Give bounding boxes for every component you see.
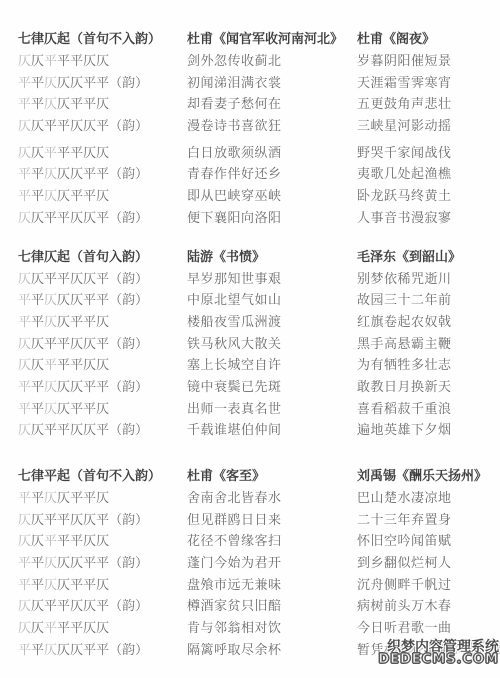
tone-char: 平 xyxy=(57,621,70,636)
tone-char: 仄 xyxy=(70,423,83,438)
tone-char: 仄 xyxy=(96,402,109,417)
tone-char: 平 xyxy=(57,119,70,134)
tone-char: 仄 xyxy=(57,189,70,204)
poem-title: 杜甫《客至》 xyxy=(187,465,357,488)
poem-line: 即从巴峡穿巫峡 xyxy=(187,186,357,208)
tone-char-flexible: 平 xyxy=(18,402,31,417)
poem-line: 病树前头万木春 xyxy=(357,596,500,618)
poem-line: 塞上长城空自许 xyxy=(187,355,357,377)
tone-char: 仄 xyxy=(83,621,96,636)
poem-line: 白日放歌须纵酒 xyxy=(187,143,357,165)
tone-char-flexible: 仄 xyxy=(18,211,31,226)
tone-char: 平 xyxy=(57,423,70,438)
tone-char: 仄 xyxy=(70,272,83,287)
tone-char: 仄 xyxy=(96,358,109,373)
tone-char-flexible: 仄 xyxy=(18,599,31,614)
tone-char: 仄 xyxy=(31,146,44,161)
poem-line: 青春作伴好还乡 xyxy=(187,164,357,186)
tone-char-flexible: 仄 xyxy=(18,272,31,287)
tone-char: 仄 xyxy=(57,556,70,571)
meter-line: 平平仄仄平平仄 xyxy=(18,399,187,421)
poem-line: 三峡星河影动摇 xyxy=(357,116,500,138)
tone-char: 仄 xyxy=(83,513,96,528)
tone-char: 平 xyxy=(57,358,70,373)
tone-char: 平 xyxy=(31,293,44,308)
tone-char-flexible: 平 xyxy=(44,54,57,69)
tone-char-flexible: 仄 xyxy=(18,119,31,134)
tone-char: 平 xyxy=(83,76,96,91)
tone-char: 仄 xyxy=(96,621,109,636)
tone-char: 仄 xyxy=(70,599,83,614)
poem-line: 岁暮阴阳催短景 xyxy=(357,51,500,73)
poem-line: 怀旧空吟闻笛赋 xyxy=(357,531,500,553)
tone-char: 平 xyxy=(57,211,70,226)
tone-char-flexible: 平 xyxy=(18,643,31,658)
tone-char: 平 xyxy=(57,534,70,549)
tone-char: 仄 xyxy=(57,402,70,417)
tone-char: 仄 xyxy=(57,578,70,593)
meter-line: 仄仄平平仄仄平（韵） xyxy=(18,269,187,291)
tone-char: 仄 xyxy=(70,119,83,134)
tone-char: 仄 xyxy=(96,534,109,549)
tone-char: 平 xyxy=(96,423,109,438)
tone-char: 仄 xyxy=(96,54,109,69)
poem-line: 红旗卷起农奴戟 xyxy=(357,312,500,334)
tone-char-flexible: 平 xyxy=(44,621,57,636)
meter-section-title: 七律平起（首句不入韵） xyxy=(18,465,187,488)
tone-char: 仄 xyxy=(70,337,83,352)
tone-char: 仄 xyxy=(31,358,44,373)
meter-line: 仄仄平平平仄仄 xyxy=(18,143,187,165)
tone-char: 仄 xyxy=(57,97,70,112)
tone-char: 平 xyxy=(83,97,96,112)
tone-char: 仄 xyxy=(83,423,96,438)
meter-section: 七律仄起（首句入韵）仄仄平平仄仄平（韵）平平仄仄仄平平（韵）平平仄仄平平仄仄仄平… xyxy=(0,246,500,443)
meter-line: 平平仄仄仄平平（韵） xyxy=(18,640,187,662)
rhyme-marker: （韵） xyxy=(109,119,148,134)
rhyme-marker: （韵） xyxy=(109,337,148,352)
tone-char: 平 xyxy=(96,556,109,571)
poem-line: 敢教日月换新天 xyxy=(357,377,500,399)
poem-line: 初闻涕泪满衣裳 xyxy=(187,73,357,95)
tone-char-flexible: 仄 xyxy=(18,513,31,528)
poem-line: 黑手高悬霸主鞭 xyxy=(357,334,500,356)
tone-char: 仄 xyxy=(83,272,96,287)
tone-char: 平 xyxy=(57,599,70,614)
rhyme-marker: （韵） xyxy=(109,293,148,308)
poem-title: 杜甫《阁夜》 xyxy=(357,28,500,51)
tone-char-flexible: 仄 xyxy=(18,54,31,69)
poem-column: 毛泽东《到韶山》别梦依稀咒逝川故园三十二年前红旗卷起农奴戟黑手高悬霸主鞭为有牺牲… xyxy=(357,246,500,443)
tone-char: 仄 xyxy=(70,76,83,91)
tone-char: 平 xyxy=(57,272,70,287)
poem-line: 便下襄阳向洛阳 xyxy=(187,208,357,230)
poem-line: 千载谁堪伯仲间 xyxy=(187,420,357,442)
tone-char: 仄 xyxy=(57,315,70,330)
tone-char: 平 xyxy=(83,293,96,308)
poem-line: 巴山楚水凄凉地 xyxy=(357,488,500,510)
meter-line: 平平仄仄平平仄 xyxy=(18,575,187,597)
tone-char: 仄 xyxy=(96,189,109,204)
poem-column: 陆游《书愤》早岁那知世事艰中原北望气如山楼船夜雪瓜洲渡铁马秋风大散关塞上长城空自… xyxy=(187,246,357,443)
tone-char: 平 xyxy=(57,54,70,69)
tone-char: 仄 xyxy=(83,358,96,373)
tone-char-flexible: 仄 xyxy=(44,167,57,182)
tone-char: 平 xyxy=(96,211,109,226)
meter-column: 七律仄起（首句不入韵）仄仄平平平仄仄平平仄仄仄平平（韵）平平仄仄平平仄仄仄平平仄… xyxy=(0,28,187,230)
poem-line: 野哭千家闻战伐 xyxy=(357,143,500,165)
tone-char-flexible: 仄 xyxy=(44,556,57,571)
poem-line: 五更鼓角声悲壮 xyxy=(357,94,500,116)
tone-char-flexible: 平 xyxy=(18,491,31,506)
tone-char: 平 xyxy=(44,119,57,134)
poem-title: 刘禹锡《酬乐天扬州》 xyxy=(357,465,500,488)
tone-char: 仄 xyxy=(31,534,44,549)
tone-char-flexible: 平 xyxy=(18,167,31,182)
meter-column: 七律仄起（首句入韵）仄仄平平仄仄平（韵）平平仄仄仄平平（韵）平平仄仄平平仄仄仄平… xyxy=(0,246,187,443)
poem-line: 铁马秋风大散关 xyxy=(187,334,357,356)
poem-line: 剑外忽传收蓟北 xyxy=(187,51,357,73)
rhyme-marker: （韵） xyxy=(109,167,148,182)
tone-char: 平 xyxy=(96,380,109,395)
tone-char: 平 xyxy=(70,54,83,69)
tone-char: 仄 xyxy=(31,119,44,134)
poem-line: 漫卷诗书喜欲狂 xyxy=(187,116,357,138)
tone-char: 仄 xyxy=(31,423,44,438)
meter-table: 七律仄起（首句不入韵）仄仄平平平仄仄平平仄仄仄平平（韵）平平仄仄平平仄仄仄平平仄… xyxy=(0,28,500,662)
tone-char: 平 xyxy=(96,76,109,91)
tone-char-flexible: 平 xyxy=(18,380,31,395)
watermark-en-text: DEDECMS.COM xyxy=(378,653,499,666)
tone-char: 仄 xyxy=(83,534,96,549)
tone-char: 仄 xyxy=(83,119,96,134)
tone-char: 仄 xyxy=(70,293,83,308)
tone-char: 平 xyxy=(31,643,44,658)
tone-char: 仄 xyxy=(83,146,96,161)
tone-char: 仄 xyxy=(57,491,70,506)
tone-char-flexible: 平 xyxy=(18,556,31,571)
tone-char: 平 xyxy=(70,578,83,593)
meter-line: 平平仄仄仄平平（韵） xyxy=(18,377,187,399)
poem-line: 中原北望气如山 xyxy=(187,290,357,312)
poem-line: 却看妻子愁何在 xyxy=(187,94,357,116)
poem-line: 为有牺牲多壮志 xyxy=(357,355,500,377)
meter-line: 平平仄仄平平仄 xyxy=(18,312,187,334)
rhyme-marker: （韵） xyxy=(109,380,148,395)
tone-char: 仄 xyxy=(70,167,83,182)
rhyme-marker: （韵） xyxy=(109,556,148,571)
poem-line: 肯与邻翁相对饮 xyxy=(187,618,357,640)
tone-char: 平 xyxy=(70,189,83,204)
tone-char: 仄 xyxy=(70,643,83,658)
tone-char: 平 xyxy=(31,491,44,506)
tone-char: 平 xyxy=(96,643,109,658)
meter-line: 仄仄平平平仄仄 xyxy=(18,355,187,377)
meter-line: 仄仄平平仄仄平（韵） xyxy=(18,208,187,230)
tone-char: 平 xyxy=(31,380,44,395)
tone-char: 平 xyxy=(31,167,44,182)
tone-char: 平 xyxy=(70,146,83,161)
rhyme-marker: （韵） xyxy=(109,423,148,438)
tone-char: 仄 xyxy=(96,146,109,161)
tone-char-flexible: 仄 xyxy=(18,423,31,438)
tone-char: 仄 xyxy=(70,211,83,226)
tone-char: 仄 xyxy=(31,54,44,69)
poem-line: 盘飧市远无兼味 xyxy=(187,575,357,597)
tone-char: 仄 xyxy=(31,337,44,352)
tone-char: 平 xyxy=(70,621,83,636)
meter-line: 仄仄平平仄仄平（韵） xyxy=(18,334,187,356)
tone-char: 平 xyxy=(70,491,83,506)
tone-char-flexible: 平 xyxy=(18,76,31,91)
tone-char-flexible: 仄 xyxy=(44,293,57,308)
tone-char: 平 xyxy=(83,402,96,417)
poem-title: 杜甫《闻官军收河南河北》 xyxy=(187,28,357,51)
poem-column: 杜甫《阁夜》岁暮阴阳催短景天涯霜雪霁寒宵五更鼓角声悲壮三峡星河影动摇野哭千家闻战… xyxy=(357,28,500,230)
tone-char-flexible: 仄 xyxy=(44,380,57,395)
poem-line: 天涯霜雪霁寒宵 xyxy=(357,73,500,95)
tone-char: 平 xyxy=(57,513,70,528)
tone-char: 仄 xyxy=(31,272,44,287)
tone-char: 平 xyxy=(96,272,109,287)
tone-char: 平 xyxy=(96,513,109,528)
tone-char: 平 xyxy=(57,146,70,161)
poem-title: 陆游《书愤》 xyxy=(187,246,357,269)
tone-char: 平 xyxy=(44,513,57,528)
tone-char-flexible: 仄 xyxy=(44,578,57,593)
meter-line: 仄仄平平仄仄平（韵） xyxy=(18,420,187,442)
meter-line: 平平仄仄平平仄 xyxy=(18,488,187,510)
meter-line: 平平仄仄平平仄 xyxy=(18,186,187,208)
rhyme-marker: （韵） xyxy=(109,513,148,528)
tone-char-flexible: 平 xyxy=(18,189,31,204)
tone-char: 平 xyxy=(44,423,57,438)
tone-char: 平 xyxy=(83,167,96,182)
tone-char-flexible: 平 xyxy=(18,97,31,112)
tone-char: 仄 xyxy=(31,211,44,226)
rhyme-marker: （韵） xyxy=(109,643,148,658)
tone-char: 平 xyxy=(83,556,96,571)
rhyme-marker: （韵） xyxy=(109,272,148,287)
poem-line: 隔篱呼取尽余杯 xyxy=(187,640,357,662)
tone-char: 平 xyxy=(83,380,96,395)
tone-char-flexible: 仄 xyxy=(44,491,57,506)
meter-line: 平平仄仄仄平平（韵） xyxy=(18,290,187,312)
tone-char: 平 xyxy=(44,599,57,614)
tone-char: 仄 xyxy=(57,167,70,182)
tone-char: 平 xyxy=(31,76,44,91)
tone-char: 平 xyxy=(70,534,83,549)
tone-char: 仄 xyxy=(70,556,83,571)
tone-char-flexible: 仄 xyxy=(44,189,57,204)
poem-line: 沉舟侧畔千帆过 xyxy=(357,575,500,597)
tone-char-flexible: 仄 xyxy=(44,76,57,91)
poem-line: 花径不曾缘客扫 xyxy=(187,531,357,553)
poem-line: 卧龙跃马终黄土 xyxy=(357,186,500,208)
tone-char: 平 xyxy=(44,272,57,287)
tone-char-flexible: 平 xyxy=(44,146,57,161)
tone-char: 平 xyxy=(70,315,83,330)
meter-line: 仄仄平平平仄仄 xyxy=(18,618,187,640)
tone-char: 平 xyxy=(70,358,83,373)
tone-char: 平 xyxy=(44,211,57,226)
tone-char: 仄 xyxy=(83,211,96,226)
tone-char: 仄 xyxy=(96,578,109,593)
rhyme-marker: （韵） xyxy=(109,76,148,91)
tone-char: 仄 xyxy=(31,599,44,614)
tone-char-flexible: 平 xyxy=(44,534,57,549)
poem-line: 早岁那知世事艰 xyxy=(187,269,357,291)
poem-line: 故园三十二年前 xyxy=(357,290,500,312)
tone-char: 平 xyxy=(57,337,70,352)
tone-char-flexible: 平 xyxy=(44,358,57,373)
meter-line: 仄仄平平仄仄平（韵） xyxy=(18,116,187,138)
tone-char: 平 xyxy=(31,189,44,204)
poem-line: 今日听君歌一曲 xyxy=(357,618,500,640)
tone-char: 仄 xyxy=(96,315,109,330)
tone-char: 仄 xyxy=(70,380,83,395)
tone-char-flexible: 仄 xyxy=(44,643,57,658)
meter-section-title: 七律仄起（首句不入韵） xyxy=(18,28,187,51)
tone-char-flexible: 仄 xyxy=(18,534,31,549)
meter-line: 平平仄仄仄平平（韵） xyxy=(18,164,187,186)
meter-line: 仄仄平平仄仄平（韵） xyxy=(18,510,187,532)
poem-line: 蓬门今始为君开 xyxy=(187,553,357,575)
tone-char: 仄 xyxy=(57,643,70,658)
tone-char: 平 xyxy=(96,337,109,352)
tone-char: 仄 xyxy=(57,293,70,308)
meter-line: 仄仄平平平仄仄 xyxy=(18,531,187,553)
tone-char: 平 xyxy=(70,402,83,417)
poem-column: 杜甫《闻官军收河南河北》剑外忽传收蓟北初闻涕泪满衣裳却看妻子愁何在漫卷诗书喜欲狂… xyxy=(187,28,357,230)
tone-char-flexible: 平 xyxy=(18,293,31,308)
tone-char-flexible: 仄 xyxy=(44,97,57,112)
meter-line: 平平仄仄平平仄 xyxy=(18,94,187,116)
poem-line: 樽酒家贫只旧醅 xyxy=(187,596,357,618)
poem-column: 刘禹锡《酬乐天扬州》巴山楚水凄凉地二十三年弃置身怀旧空吟闻笛赋到乡翻似烂柯人沉舟… xyxy=(357,465,500,662)
meter-section: 七律仄起（首句不入韵）仄仄平平平仄仄平平仄仄仄平平（韵）平平仄仄平平仄仄仄平平仄… xyxy=(0,28,500,230)
tone-char: 仄 xyxy=(96,491,109,506)
poem-line: 二十三年弃置身 xyxy=(357,510,500,532)
tone-char: 平 xyxy=(31,315,44,330)
meter-line: 仄仄平平平仄仄 xyxy=(18,51,187,73)
meter-section-title: 七律仄起（首句入韵） xyxy=(18,246,187,269)
tone-char: 平 xyxy=(31,97,44,112)
meter-line: 仄仄平平仄仄平（韵） xyxy=(18,596,187,618)
tone-char-flexible: 仄 xyxy=(44,315,57,330)
tone-char: 平 xyxy=(83,491,96,506)
tone-char: 平 xyxy=(83,578,96,593)
tone-char-flexible: 仄 xyxy=(18,337,31,352)
watermark: 织梦内容管理系统 DEDECMS.COM xyxy=(378,640,499,666)
poem-line: 遍地英雄下夕烟 xyxy=(357,420,500,442)
poem-line: 喜看稻菽千重浪 xyxy=(357,399,500,421)
tone-char: 仄 xyxy=(57,380,70,395)
tone-char: 仄 xyxy=(83,599,96,614)
tone-char-flexible: 仄 xyxy=(44,402,57,417)
tone-char: 仄 xyxy=(96,97,109,112)
poem-line: 人事音书漫寂寥 xyxy=(357,208,500,230)
tone-char: 平 xyxy=(96,293,109,308)
tone-char: 平 xyxy=(96,167,109,182)
poem-title: 毛泽东《到韶山》 xyxy=(357,246,500,269)
tone-char: 仄 xyxy=(83,337,96,352)
poem-line: 但见群鸥日日来 xyxy=(187,510,357,532)
tone-char-flexible: 平 xyxy=(18,315,31,330)
poem-line: 别梦依稀咒逝川 xyxy=(357,269,500,291)
tone-char: 平 xyxy=(96,119,109,134)
tone-char: 仄 xyxy=(83,54,96,69)
tone-char-flexible: 平 xyxy=(18,578,31,593)
meter-column: 七律平起（首句不入韵）平平仄仄平平仄仄仄平平仄仄平（韵）仄仄平平平仄仄平平仄仄仄… xyxy=(0,465,187,662)
poetry-meter-page: 七律仄起（首句不入韵）仄仄平平平仄仄平平仄仄仄平平（韵）平平仄仄平平仄仄仄平平仄… xyxy=(0,0,500,678)
tone-char: 平 xyxy=(96,599,109,614)
tone-char: 仄 xyxy=(31,513,44,528)
meter-line: 平平仄仄仄平平（韵） xyxy=(18,73,187,95)
tone-char: 平 xyxy=(31,402,44,417)
tone-char: 平 xyxy=(44,337,57,352)
tone-char: 仄 xyxy=(31,621,44,636)
poem-line: 夷歌几处起渔樵 xyxy=(357,164,500,186)
tone-char: 平 xyxy=(70,97,83,112)
tone-char: 平 xyxy=(31,578,44,593)
tone-char: 仄 xyxy=(70,513,83,528)
poem-line: 到乡翻似烂柯人 xyxy=(357,553,500,575)
poem-line: 舍南舍北皆春水 xyxy=(187,488,357,510)
tone-char-flexible: 仄 xyxy=(18,146,31,161)
tone-char-flexible: 仄 xyxy=(18,621,31,636)
tone-char: 仄 xyxy=(57,76,70,91)
tone-char: 平 xyxy=(83,315,96,330)
tone-char: 平 xyxy=(83,643,96,658)
poem-line: 楼船夜雪瓜洲渡 xyxy=(187,312,357,334)
poem-line: 镜中衰鬓已先斑 xyxy=(187,377,357,399)
meter-line: 平平仄仄仄平平（韵） xyxy=(18,553,187,575)
rhyme-marker: （韵） xyxy=(109,599,148,614)
rhyme-marker: （韵） xyxy=(109,211,148,226)
poem-line: 出师一表真名世 xyxy=(187,399,357,421)
poem-column: 杜甫《客至》舍南舍北皆春水但见群鸥日日来花径不曾缘客扫蓬门今始为君开盘飧市远无兼… xyxy=(187,465,357,662)
tone-char-flexible: 仄 xyxy=(18,358,31,373)
meter-section: 七律平起（首句不入韵）平平仄仄平平仄仄仄平平仄仄平（韵）仄仄平平平仄仄平平仄仄仄… xyxy=(0,465,500,662)
tone-char: 平 xyxy=(31,556,44,571)
tone-char: 平 xyxy=(83,189,96,204)
